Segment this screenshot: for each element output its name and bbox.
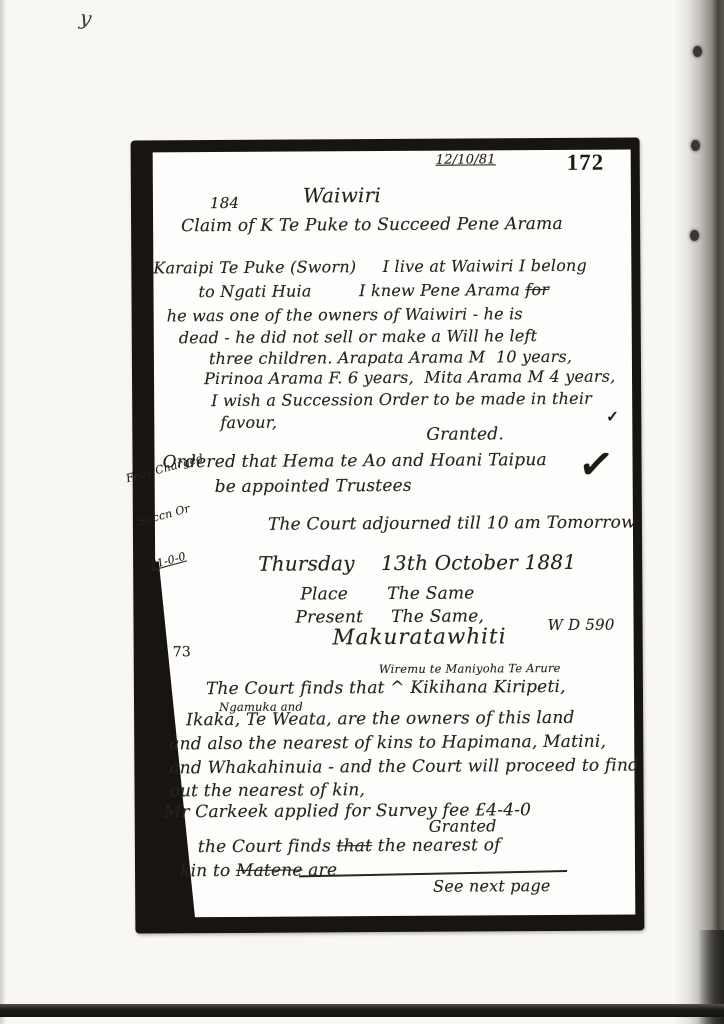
checkmark-icon: ✓ — [575, 438, 617, 491]
page-number: 172 — [567, 150, 605, 176]
date-heading: 12/10/81 — [436, 152, 496, 167]
checkmark-icon: ✓ — [606, 408, 619, 426]
page-bottom-edge — [0, 1004, 724, 1017]
sitting-date-line: Thursday 13th October 1881 — [258, 550, 576, 576]
claim-heading: Claim of K Te Puke to Succeed Pene Arama — [181, 214, 563, 236]
finding-line: and Whakahinuia - and the Court will pro… — [169, 755, 639, 778]
binder-hole-icon — [691, 140, 700, 151]
binder-hole-icon — [690, 230, 699, 241]
pen-mark: y — [78, 5, 93, 30]
testimony-line: favour, — [220, 413, 277, 432]
finding-line: and also the nearest of kins to Hapimana… — [169, 732, 606, 755]
block-name-heading: Waiwiri — [303, 183, 381, 207]
order-line: be appointed Trustees — [215, 476, 412, 497]
case-title: Makuratawhiti — [333, 624, 507, 650]
fees-margin-note: Fees Charged Succn Or £1-0-0 — [116, 422, 236, 602]
photocopy-page: 12/10/81 172 184 Waiwiri Claim of K Te P… — [131, 137, 645, 933]
finding-text: kin to — [180, 861, 236, 881]
struck-word: Matene — [236, 861, 303, 881]
finding-text: the nearest of — [372, 835, 501, 856]
adjournment-line: The Court adjourned till 10 am Tomorrow — [268, 512, 636, 534]
scan-left-edge — [0, 0, 6, 1024]
paper: 12/10/81 172 184 Waiwiri Claim of K Te P… — [153, 150, 636, 918]
fees-order-label: Succn Or — [136, 494, 217, 530]
finding-line: the Court finds that the nearest of — [198, 835, 501, 857]
interlined-names: Wiremu te Maniyoha Te Arure — [379, 661, 561, 676]
book-edge — [674, 0, 724, 1024]
case-reference: W D 590 — [547, 616, 614, 634]
finding-text: the Court finds — [198, 836, 337, 857]
struck-word: that — [337, 836, 373, 856]
struck-word: for — [525, 280, 549, 299]
testimony-line: Karaipi Te Puke (Sworn) I live at Waiwir… — [153, 256, 587, 278]
claim-number: 184 — [210, 194, 239, 212]
finding-line: kin to Matene are — [180, 860, 337, 881]
sitting-place-line: Place The Same — [300, 583, 474, 604]
testimony-line: to Ngati Huia I knew Pene Arama for — [198, 280, 549, 301]
testimony-line: he was one of the owners of Waiwiri - he… — [167, 304, 523, 325]
testimony-text: to Ngati Huia I knew Pene Arama — [198, 280, 525, 301]
finding-line: Ikaka, Te Weata, are the owners of this … — [186, 708, 575, 730]
fees-amount: £1-0-0 — [148, 537, 229, 573]
testimony-line: I wish a Succession Order to be made in … — [211, 389, 592, 410]
granted-note: Granted. — [426, 424, 504, 444]
case-margin-number: 73 — [173, 644, 191, 660]
finding-line: The Court finds that ^ Kikihana Kiripeti… — [206, 677, 566, 699]
granted-note: Granted — [429, 816, 497, 835]
fees-charged-label: Fees Charged — [124, 451, 205, 487]
order-line: Ordered that Hema te Ao and Hoani Taipua — [162, 450, 546, 472]
testimony-line: Pirinoa Arama F. 6 years, Mita Arama M 4… — [204, 367, 615, 389]
binder-hole-icon — [693, 46, 702, 57]
testimony-line: three children. Arapata Arama M 10 years… — [209, 347, 572, 368]
see-next-page-note: See next page — [433, 876, 551, 896]
testimony-line: dead - he did not sell or make a Will he… — [179, 326, 538, 347]
finding-text: are — [303, 860, 338, 880]
finding-line: out the nearest of kin, — [169, 780, 365, 801]
